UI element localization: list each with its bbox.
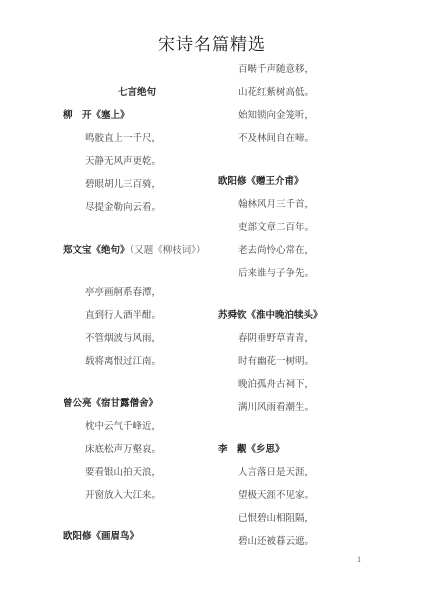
poem-line: 山花红紫树高低。 — [238, 87, 314, 99]
poem-line: 天静无风声更乾。 — [85, 156, 161, 168]
poem-author: 郑文宝 — [63, 245, 92, 256]
poem-line: 尽提金勒向云看。 — [85, 202, 161, 214]
poem-line: 开窗放入大江来。 — [85, 490, 161, 502]
poem-line: 翰林风月三千首， — [238, 199, 314, 211]
poem-author: 欧阳修 — [63, 531, 92, 542]
poem-line: 老去尚怜心常在， — [238, 245, 314, 257]
section-heading: 七言绝句 — [118, 87, 156, 99]
poem-line: 要看银山拍天浪， — [85, 467, 161, 479]
poem-line: 碧眼胡儿三百骑， — [85, 179, 161, 191]
poem-line: 晚泊孤舟古祠下， — [238, 379, 314, 391]
poem-line: 始知锁向金笼听， — [238, 110, 314, 122]
poem-line: 直到行人酒半酣。 — [85, 310, 161, 322]
poem-header: 曾公亮《宿甘露僧舍》 — [63, 398, 158, 410]
poem-author: 欧阳修 — [218, 176, 247, 187]
poem-line: 吏部文章二百年。 — [238, 222, 314, 234]
poem-line: 已恨碧山相阻隔， — [238, 513, 314, 525]
poem-line: 百啭千声随意移， — [238, 64, 314, 76]
poem-line: 床底松声万壑哀。 — [85, 444, 161, 456]
poem-title: 《塞上》 — [92, 110, 130, 121]
poem-note: （又题《柳枝词》） — [130, 245, 206, 256]
poem-line: 碧山还被暮云遮。 — [238, 536, 314, 548]
poem-line: 不管烟波与风雨， — [85, 333, 161, 345]
poem-line: 不及林间自在啼。 — [238, 133, 314, 145]
poem-line: 望极天涯不见家。 — [238, 490, 314, 502]
poem-title: 《淮中晚泊犊头》 — [247, 310, 323, 321]
poem-header: 李 觏《乡思》 — [218, 444, 285, 456]
poem-author: 曾公亮 — [63, 398, 92, 409]
poem-title: 《赠王介甫》 — [247, 176, 304, 187]
poem-line: 载将离恨过江南。 — [85, 356, 161, 368]
poem-line: 亭亭画舸系春潭， — [85, 287, 161, 299]
poem-title: 《宿甘露僧舍》 — [92, 398, 159, 409]
poem-header: 郑文宝《绝句》（又题《柳枝词》） — [63, 245, 206, 257]
poem-title: 《乡思》 — [247, 444, 285, 455]
poem-title: 《画眉鸟》 — [92, 531, 140, 542]
poem-header: 柳 开《塞上》 — [63, 110, 130, 122]
poem-line: 时有幽花一树明。 — [238, 356, 314, 368]
poem-line: 满川风雨看潮生。 — [238, 402, 314, 414]
poem-header: 欧阳修《画眉鸟》 — [63, 531, 139, 543]
poem-author: 苏舜钦 — [218, 310, 247, 321]
poem-line: 人言落日是天涯， — [238, 467, 314, 479]
poem-header: 欧阳修《赠王介甫》 — [218, 176, 304, 188]
poem-line: 春阴垂野草青青， — [238, 333, 314, 345]
poem-header: 苏舜钦《淮中晚泊犊头》 — [218, 310, 323, 322]
poem-line: 鸣骹直上一千尺， — [85, 133, 161, 145]
poem-line: 枕中云气千峰近， — [85, 421, 161, 433]
page-title: 宋诗名篇精选 — [0, 30, 424, 55]
poem-line: 后来谁与子争先。 — [238, 268, 314, 280]
poem-author: 李 觏 — [218, 444, 247, 455]
poem-author: 柳 开 — [63, 110, 92, 121]
page-number: 1 — [357, 556, 361, 564]
poem-title: 《绝句》 — [92, 245, 130, 256]
